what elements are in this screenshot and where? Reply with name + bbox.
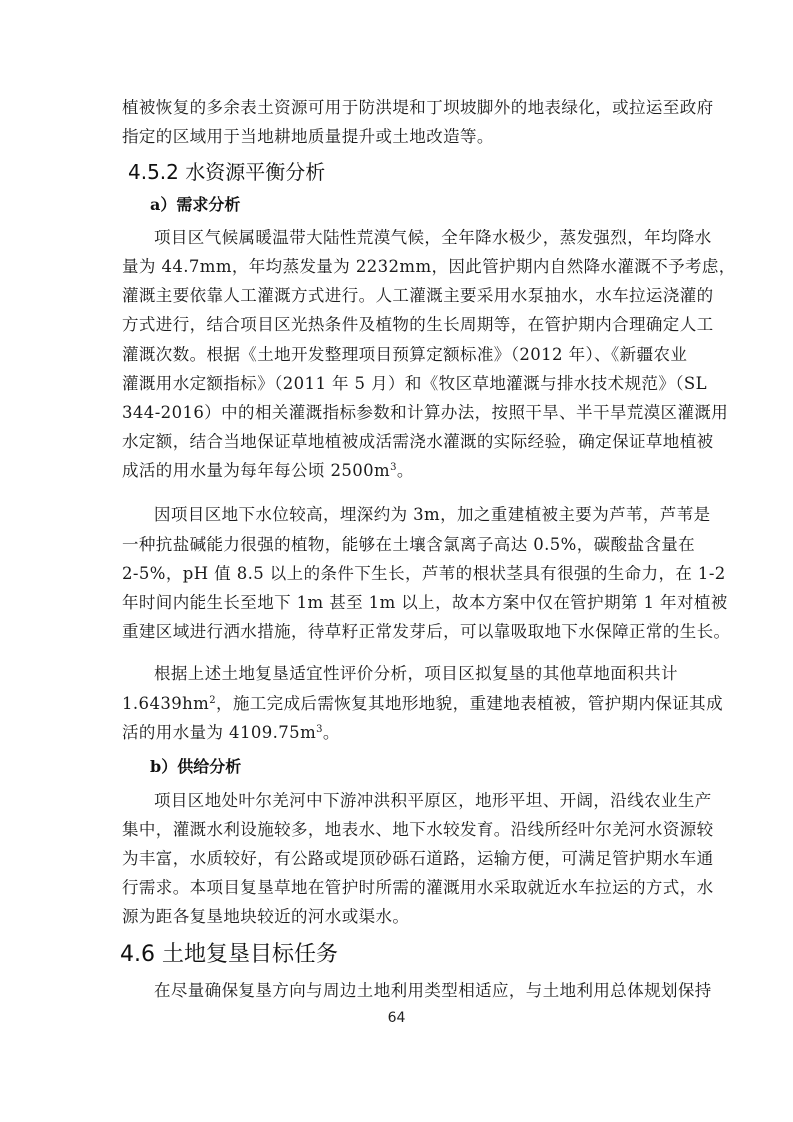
text-span: 。: [323, 723, 340, 742]
text-span: ，施工完成后需恢复其地形地貌，重建地表植被，管护期内保证其成: [216, 694, 723, 713]
body-text-line: 量为 44.7mm，年均蒸发量为 2232mm，因此管护期内自然降水灌溉不予考虑…: [122, 257, 673, 277]
document-page: 植被恢复的多余表土资源可用于防洪堤和丁坝坡脚外的地表绿化，或拉运至政府 指定的区…: [0, 0, 793, 1122]
subsection-heading-supply: b）供给分析: [150, 757, 241, 777]
body-text-line: 344-2016）中的相关灌溉指标参数和计算办法，按照干旱、半干旱荒漠区灌溉用: [122, 403, 673, 423]
body-text-line: 项目区地处叶尔羌河中下游冲洪积平原区，地形平坦、开阔，沿线农业生产: [154, 791, 673, 811]
body-text-line: 灌溉次数。根据《土地开发整理项目预算定额标准》（2012 年）、《新疆农业: [122, 345, 673, 365]
body-text-line: 因项目区地下水位较高，埋深约为 3m，加之重建植被主要为芦苇，芦苇是: [154, 505, 673, 525]
text-span: 。: [397, 461, 414, 480]
body-text-line: 指定的区域用于当地耕地质量提升或土地改造等。: [122, 127, 673, 147]
body-text-line: 水定额，结合当地保证草地植被成活需浇水灌溉的实际经验，确定保证草地植被: [122, 432, 673, 452]
body-text-line: 1.6439hm2，施工完成后需恢复其地形地貌，重建地表植被，管护期内保证其成: [122, 694, 673, 714]
body-text-line: 集中，灌溉水利设施较多，地表水、地下水较发育。沿线所经叶尔羌河水资源较: [122, 820, 673, 840]
text-span: 1.6439hm: [122, 694, 209, 713]
body-text-line: 为丰富，水质较好，有公路或堤顶砂砾石道路，运输方便，可满足管护期水车通: [122, 849, 673, 869]
body-text-line: 方式进行，结合项目区光热条件及植物的生长周期等，在管护期内合理确定人工: [122, 315, 673, 335]
body-text-line: 植被恢复的多余表土资源可用于防洪堤和丁坝坡脚外的地表绿化，或拉运至政府: [122, 98, 673, 118]
body-text-line: 年时间内能生长至地下 1m 甚至 1m 以上，故本方案中仅在管护期第 1 年对植…: [122, 593, 673, 613]
superscript: 3: [390, 462, 397, 473]
subsection-heading-demand: a）需求分析: [150, 195, 240, 215]
body-text-line: 源为距各复垦地块较近的河水或渠水。: [122, 907, 673, 927]
body-text-line: 行需求。本项目复垦草地在管护时所需的灌溉用水采取就近水车拉运的方式，水: [122, 878, 673, 898]
body-text-line: 灌溉用水定额指标》（2011 年 5 月）和《牧区草地灌溉与排水技术规范》（SL: [122, 374, 673, 394]
page-number: 64: [0, 1010, 793, 1026]
superscript: 3: [316, 724, 323, 735]
body-text-line: 一种抗盐碱能力很强的植物，能够在土壤含氯离子高达 0.5%，碳酸盐含量在: [122, 535, 673, 555]
body-text-line: 项目区气候属暖温带大陆性荒漠气候，全年降水极少，蒸发强烈，年均降水: [154, 228, 673, 248]
body-text-line: 在尽量确保复垦方向与周边土地利用类型相适应，与土地利用总体规划保持: [154, 981, 673, 1001]
body-text-line: 根据上述土地复垦适宜性评价分析，项目区拟复垦的其他草地面积共计: [154, 664, 673, 684]
section-heading-4-6: 4.6 土地复垦目标任务: [120, 942, 338, 968]
body-text-line: 成活的用水量为每年每公顷 2500m3。: [122, 461, 673, 481]
superscript: 2: [209, 695, 216, 706]
body-text-line: 2-5%，pH 值 8.5 以上的条件下生长，芦苇的根状茎具有很强的生命力，在 …: [122, 564, 673, 584]
body-text-line: 重建区域进行洒水措施，待草籽正常发芽后，可以靠吸取地下水保障正常的生长。: [122, 622, 673, 642]
text-span: 成活的用水量为每年每公顷 2500m: [122, 461, 390, 480]
body-text-line: 活的用水量为 4109.75m3。: [122, 723, 673, 743]
text-span: 活的用水量为 4109.75m: [122, 723, 316, 742]
body-text-line: 灌溉主要依靠人工灌溉方式进行。人工灌溉主要采用水泵抽水，水车拉运浇灌的: [122, 286, 673, 306]
section-heading-4-5-2: 4.5.2 水资源平衡分析: [128, 160, 325, 184]
